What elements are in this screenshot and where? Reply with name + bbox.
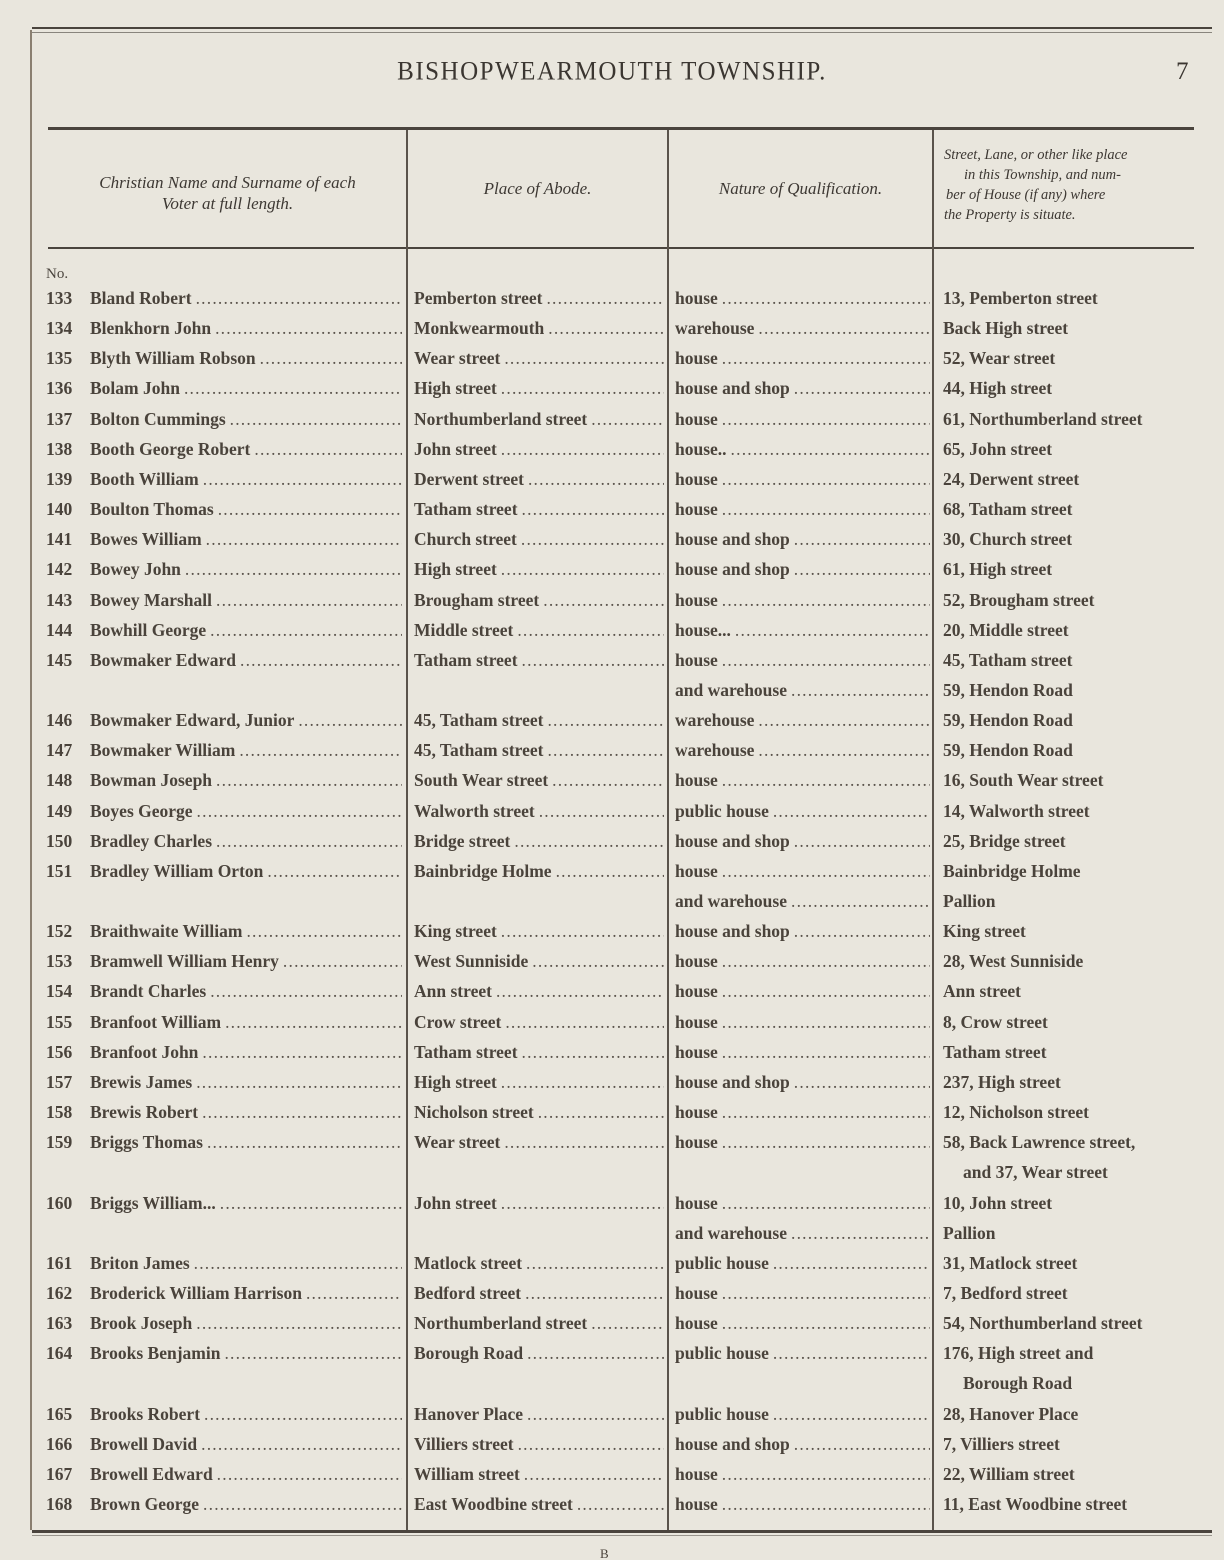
voter-number: 134 <box>46 318 90 339</box>
voter-name-cell: 145Bowmaker Edward <box>46 650 402 671</box>
voter-name: Blyth William Robson <box>90 348 256 369</box>
voter-number: 163 <box>46 1313 90 1334</box>
abode-cell: West Sunniside <box>414 951 664 972</box>
nature-of-qualification: house... <box>675 620 731 641</box>
voter-row: 164Brooks BenjaminBorough Roadpublic hou… <box>0 1343 1224 1373</box>
qualification-cell: house and shop <box>675 378 930 399</box>
property-street-cell: 20, Middle street <box>943 620 1203 641</box>
place-of-abode: South Wear street <box>414 770 548 791</box>
nature-of-qualification: house <box>675 1193 718 1214</box>
leader-dots <box>216 831 402 852</box>
leader-dots <box>501 1193 664 1214</box>
place-of-abode: Brougham street <box>414 590 539 611</box>
leader-dots <box>522 499 664 520</box>
header-name: Christian Name and Surname of each Voter… <box>50 172 405 214</box>
abode-cell: Nicholson street <box>414 1102 664 1123</box>
header-qualification: Nature of Qualification. <box>669 178 932 199</box>
leader-dots <box>298 710 402 731</box>
voter-name-cell: 159Briggs Thomas <box>46 1132 402 1153</box>
voter-name-cell: 142Bowey John <box>46 559 402 580</box>
place-of-abode: King street <box>414 921 497 942</box>
leader-dots <box>215 318 402 339</box>
header-street-line-1: Street, Lane, or other like place <box>944 145 1214 165</box>
voter-number: 136 <box>46 378 90 399</box>
leader-dots <box>722 1102 930 1123</box>
nature-of-qualification: house and shop <box>675 1072 790 1093</box>
leader-dots <box>504 348 664 369</box>
property-street-cell: Tatham street <box>943 1042 1203 1063</box>
property-street: 20, Middle street <box>943 620 1069 641</box>
abode-cell: Derwent street <box>414 469 664 490</box>
nature-of-qualification: public house <box>675 1343 769 1364</box>
voter-name: Bolton Cummings <box>90 409 226 430</box>
property-street: Pallion <box>943 891 996 912</box>
voter-name-cell: 147Bowmaker William <box>46 740 402 761</box>
leader-dots <box>577 1494 664 1515</box>
voter-name-cell: 165Brooks Robert <box>46 1404 402 1425</box>
leader-dots <box>794 921 930 942</box>
property-street: 59, Hendon Road <box>943 710 1073 731</box>
leader-dots <box>230 409 402 430</box>
abode-cell: South Wear street <box>414 770 664 791</box>
property-street-cell: Pallion <box>943 1223 1203 1244</box>
place-of-abode: High street <box>414 378 497 399</box>
leader-dots <box>194 1253 402 1274</box>
property-street: 28, Hanover Place <box>943 1404 1078 1425</box>
leader-dots <box>543 590 664 611</box>
leader-dots <box>722 951 930 972</box>
qualification-cell: house <box>675 469 930 490</box>
leader-dots <box>522 650 664 671</box>
place-of-abode: Ann street <box>414 981 492 1002</box>
property-street-cell: 176, High street and <box>943 1343 1203 1364</box>
leader-dots <box>202 1042 402 1063</box>
property-street-cell: 59, Hendon Road <box>943 680 1203 701</box>
abode-cell: King street <box>414 921 664 942</box>
nature-of-qualification: house <box>675 1042 718 1063</box>
abode-cell: Ann street <box>414 981 664 1002</box>
leader-dots <box>722 1012 930 1033</box>
voter-number: 164 <box>46 1343 90 1364</box>
leader-dots <box>791 1223 930 1244</box>
header-top-rule <box>48 127 1194 130</box>
voter-name: Bland Robert <box>90 288 192 309</box>
leader-dots <box>201 1434 402 1455</box>
voter-number: 154 <box>46 981 90 1002</box>
leader-dots <box>504 1132 664 1153</box>
nature-of-qualification: house and shop <box>675 921 790 942</box>
voter-row: 162Broderick William HarrisonBedford str… <box>0 1283 1224 1313</box>
register-page: BISHOPWEARMOUTH TOWNSHIP. 7 Christian Na… <box>0 0 1224 1560</box>
voter-number: 148 <box>46 770 90 791</box>
property-street: 31, Matlock street <box>943 1253 1077 1274</box>
property-street-cell: 14, Walworth street <box>943 801 1203 822</box>
abode-cell: 45, Tatham street <box>414 740 664 761</box>
abode-cell: Brougham street <box>414 590 664 611</box>
leader-dots <box>791 891 930 912</box>
nature-of-qualification: house <box>675 348 718 369</box>
leader-dots <box>758 740 930 761</box>
qualification-cell: house and shop <box>675 1434 930 1455</box>
property-street: 13, Pemberton street <box>943 288 1098 309</box>
leader-dots <box>528 469 664 490</box>
voter-number: 167 <box>46 1464 90 1485</box>
property-street: 52, Wear street <box>943 348 1055 369</box>
voter-number: 135 <box>46 348 90 369</box>
qualification-cell: house.. <box>675 439 930 460</box>
voter-row: 140Boulton ThomasTatham streethouse68, T… <box>0 499 1224 529</box>
property-street-cell: 8, Crow street <box>943 1012 1203 1033</box>
leader-dots <box>216 590 402 611</box>
place-of-abode: West Sunniside <box>414 951 528 972</box>
nature-of-qualification: public house <box>675 1253 769 1274</box>
place-of-abode: 45, Tatham street <box>414 740 543 761</box>
page-title: BISHOPWEARMOUTH TOWNSHIP. <box>0 57 1224 86</box>
voter-name: Booth William <box>90 469 199 490</box>
voter-number: 160 <box>46 1193 90 1214</box>
property-street: Pallion <box>943 1223 996 1244</box>
voter-row: 152Braithwaite WilliamKing streethouse a… <box>0 921 1224 951</box>
property-street-cell: 7, Bedford street <box>943 1283 1203 1304</box>
leader-dots <box>225 1012 402 1033</box>
leader-dots <box>239 740 402 761</box>
leader-dots <box>202 1102 402 1123</box>
leader-dots <box>216 770 402 791</box>
nature-of-qualification: house and shop <box>675 831 790 852</box>
place-of-abode: Matlock street <box>414 1253 522 1274</box>
voter-name: Boulton Thomas <box>90 499 214 520</box>
voter-number: 165 <box>46 1404 90 1425</box>
place-of-abode: Middle street <box>414 620 513 641</box>
leader-dots <box>735 620 930 641</box>
leader-dots <box>210 981 402 1002</box>
qualification-cell: house <box>675 861 930 882</box>
abode-cell: Villiers street <box>414 1434 664 1455</box>
leader-dots <box>501 378 664 399</box>
property-street: 22, William street <box>943 1464 1075 1485</box>
place-of-abode: East Woodbine street <box>414 1494 573 1515</box>
qualification-cell: house and shop <box>675 831 930 852</box>
abode-cell: Tatham street <box>414 1042 664 1063</box>
leader-dots <box>204 1404 402 1425</box>
voter-row: 133Bland RobertPemberton streethouse13, … <box>0 288 1224 318</box>
property-street-cell: Pallion <box>943 891 1203 912</box>
voter-name-cell: 160Briggs William... <box>46 1193 402 1214</box>
signature-mark: B <box>600 1546 609 1560</box>
abode-cell: John street <box>414 1193 664 1214</box>
leader-dots <box>539 801 664 822</box>
leader-dots <box>794 559 930 580</box>
abode-cell: Tatham street <box>414 499 664 520</box>
property-street-cell: 52, Brougham street <box>943 590 1203 611</box>
leader-dots <box>203 1494 402 1515</box>
nature-of-qualification: house <box>675 1313 718 1334</box>
top-rule <box>32 27 1212 29</box>
voter-name: Bramwell William Henry <box>90 951 279 972</box>
abode-cell: John street <box>414 439 664 460</box>
property-street-cell: 11, East Woodbine street <box>943 1494 1203 1515</box>
nature-of-qualification: house <box>675 1132 718 1153</box>
nature-of-qualification: and warehouse <box>675 891 787 912</box>
voter-name: Brewis James <box>90 1072 192 1093</box>
qualification-cell: house <box>675 1042 930 1063</box>
voter-name: Booth George Robert <box>90 439 250 460</box>
voter-number: 168 <box>46 1494 90 1515</box>
property-street-cell: 61, High street <box>943 559 1203 580</box>
voter-name-cell: 153Bramwell William Henry <box>46 951 402 972</box>
voter-name: Brooks Robert <box>90 1404 200 1425</box>
voter-row: 145Bowmaker EdwardTatham streethouse45, … <box>0 650 1224 680</box>
property-street-cell: 22, William street <box>943 1464 1203 1485</box>
leader-dots <box>758 710 930 731</box>
voter-row: 166Browell DavidVilliers streethouse and… <box>0 1434 1224 1464</box>
voter-row-continuation: Borough Road <box>0 1373 1224 1403</box>
qualification-cell: house and shop <box>675 1072 930 1093</box>
leader-dots <box>283 951 402 972</box>
voter-name: Briggs Thomas <box>90 1132 203 1153</box>
page-number: 7 <box>1176 58 1189 86</box>
number-column-label: No. <box>46 266 68 283</box>
voter-number: 147 <box>46 740 90 761</box>
voter-row: 135Blyth William RobsonWear streethouse5… <box>0 348 1224 378</box>
leader-dots <box>791 680 930 701</box>
property-street-cell: 25, Bridge street <box>943 831 1203 852</box>
leader-dots <box>722 409 930 430</box>
voter-row-continuation: and warehousePallion <box>0 1223 1224 1253</box>
property-street: and 37, Wear street <box>963 1162 1108 1183</box>
voter-name: Bowey John <box>90 559 181 580</box>
leader-dots <box>521 529 664 550</box>
property-street: 65, John street <box>943 439 1052 460</box>
abode-cell: Bainbridge Holme <box>414 861 664 882</box>
nature-of-qualification: house <box>675 981 718 1002</box>
leader-dots <box>722 981 930 1002</box>
voter-number: 156 <box>46 1042 90 1063</box>
place-of-abode: Tatham street <box>414 650 518 671</box>
place-of-abode: John street <box>414 1193 497 1214</box>
leader-dots <box>722 1193 930 1214</box>
property-street-cell: Ann street <box>943 981 1203 1002</box>
nature-of-qualification: house and shop <box>675 1434 790 1455</box>
place-of-abode: Pemberton street <box>414 288 542 309</box>
leader-dots <box>532 951 664 972</box>
voter-number: 150 <box>46 831 90 852</box>
voter-name: Brook Joseph <box>90 1313 192 1334</box>
voter-row: 141Bowes WilliamChurch streethouse and s… <box>0 529 1224 559</box>
nature-of-qualification: house and shop <box>675 378 790 399</box>
leader-dots <box>722 1042 930 1063</box>
voter-row: 147Bowmaker William45, Tatham streetware… <box>0 740 1224 770</box>
voter-name: Blenkhorn John <box>90 318 211 339</box>
property-street-cell: 30, Church street <box>943 529 1203 550</box>
voter-name: Bowmaker Edward <box>90 650 236 671</box>
place-of-abode: Wear street <box>414 1132 500 1153</box>
place-of-abode: Tatham street <box>414 499 518 520</box>
voter-name-cell: 135Blyth William Robson <box>46 348 402 369</box>
abode-cell: Crow street <box>414 1012 664 1033</box>
voter-row: 148Bowman JosephSouth Wear streethouse16… <box>0 770 1224 800</box>
voter-name-cell: 168Brown George <box>46 1494 402 1515</box>
property-street: 7, Villiers street <box>943 1434 1060 1455</box>
voter-name: Brewis Robert <box>90 1102 198 1123</box>
leader-dots <box>306 1283 402 1304</box>
header-street-line-3: ber of House (if any) where <box>944 185 1214 205</box>
leader-dots <box>196 1072 402 1093</box>
voter-number: 155 <box>46 1012 90 1033</box>
voter-row: 136Bolam JohnHigh streethouse and shop44… <box>0 378 1224 408</box>
leader-dots <box>591 1313 664 1334</box>
leader-dots <box>731 439 930 460</box>
property-street: 12, Nicholson street <box>943 1102 1089 1123</box>
leader-dots <box>722 288 930 309</box>
voter-row: 150Bradley CharlesBridge streethouse and… <box>0 831 1224 861</box>
voter-name-cell: 151Bradley William Orton <box>46 861 402 882</box>
place-of-abode: John street <box>414 439 497 460</box>
qualification-cell: and warehouse <box>675 680 930 701</box>
nature-of-qualification: house <box>675 861 718 882</box>
leader-dots <box>185 559 402 580</box>
leader-dots <box>224 1343 402 1364</box>
property-street: Ann street <box>943 981 1021 1002</box>
nature-of-qualification: house <box>675 288 718 309</box>
place-of-abode: Wear street <box>414 348 500 369</box>
voter-name: Braithwaite William <box>90 921 242 942</box>
nature-of-qualification: public house <box>675 801 769 822</box>
property-street-cell: 28, West Sunniside <box>943 951 1203 972</box>
property-street: 54, Northumberland street <box>943 1313 1142 1334</box>
property-street: 45, Tatham street <box>943 650 1072 671</box>
voter-name: Boyes George <box>90 801 193 822</box>
header-street-line-2: in this Township, and num- <box>944 165 1214 185</box>
leader-dots <box>547 710 664 731</box>
voter-name-cell: 144Bowhill George <box>46 620 402 641</box>
leader-dots <box>773 801 930 822</box>
leader-dots <box>794 529 930 550</box>
leader-dots <box>773 1343 930 1364</box>
voter-row: 163Brook JosephNorthumberland streethous… <box>0 1313 1224 1343</box>
voter-number: 144 <box>46 620 90 641</box>
voter-name-cell: 154Brandt Charles <box>46 981 402 1002</box>
leader-dots <box>246 921 402 942</box>
property-street: 44, High street <box>943 378 1052 399</box>
property-street: 28, West Sunniside <box>943 951 1083 972</box>
property-street: 11, East Woodbine street <box>943 1494 1127 1515</box>
voter-number: 138 <box>46 439 90 460</box>
leader-dots <box>505 1012 664 1033</box>
leader-dots <box>501 1072 664 1093</box>
header-bottom-rule <box>48 247 1194 249</box>
abode-cell: Borough Road <box>414 1343 664 1364</box>
property-street: 68, Tatham street <box>943 499 1072 520</box>
place-of-abode: Monkwearmouth <box>414 318 544 339</box>
leader-dots <box>517 620 664 641</box>
property-street: 8, Crow street <box>943 1012 1048 1033</box>
voter-name: Bowes William <box>90 529 202 550</box>
leader-dots <box>501 559 664 580</box>
voter-number: 137 <box>46 409 90 430</box>
property-street-cell: 24, Derwent street <box>943 469 1203 490</box>
qualification-cell: house <box>675 499 930 520</box>
qualification-cell: house <box>675 1313 930 1334</box>
nature-of-qualification: house <box>675 590 718 611</box>
voter-name-cell: 150Bradley Charles <box>46 831 402 852</box>
qualification-cell: public house <box>675 1404 930 1425</box>
voter-number: 149 <box>46 801 90 822</box>
voter-row: 149Boyes GeorgeWalworth streetpublic hou… <box>0 801 1224 831</box>
leader-dots <box>794 378 930 399</box>
bottom-rule-thin <box>32 1535 1212 1536</box>
abode-cell: Bridge street <box>414 831 664 852</box>
abode-cell: Matlock street <box>414 1253 664 1274</box>
voter-name-cell: 138Booth George Robert <box>46 439 402 460</box>
leader-dots <box>548 318 664 339</box>
nature-of-qualification: house <box>675 469 718 490</box>
leader-dots <box>556 861 664 882</box>
place-of-abode: Crow street <box>414 1012 501 1033</box>
property-street-cell: 10, John street <box>943 1193 1203 1214</box>
leader-dots <box>514 831 664 852</box>
nature-of-qualification: house <box>675 770 718 791</box>
qualification-cell: house <box>675 650 930 671</box>
leader-dots <box>207 1132 402 1153</box>
qualification-cell: house and shop <box>675 921 930 942</box>
property-street-cell: 52, Wear street <box>943 348 1203 369</box>
place-of-abode: Borough Road <box>414 1343 523 1364</box>
voter-name: Browell David <box>90 1434 197 1455</box>
place-of-abode: Derwent street <box>414 469 524 490</box>
voter-row: 160Briggs William...John streethouse10, … <box>0 1193 1224 1223</box>
property-street: 16, South Wear street <box>943 770 1103 791</box>
abode-cell: Northumberland street <box>414 409 664 430</box>
voter-row: 153Bramwell William HenryWest Sunnisideh… <box>0 951 1224 981</box>
property-street: 10, John street <box>943 1193 1052 1214</box>
property-street-cell: King street <box>943 921 1203 942</box>
leader-dots <box>240 650 402 671</box>
voter-number: 133 <box>46 288 90 309</box>
abode-cell: High street <box>414 559 664 580</box>
voter-row: 134Blenkhorn JohnMonkwearmouthwarehouseB… <box>0 318 1224 348</box>
property-street-cell: Borough Road <box>943 1373 1223 1394</box>
qualification-cell: and warehouse <box>675 1223 930 1244</box>
place-of-abode: Tatham street <box>414 1042 518 1063</box>
place-of-abode: Northumberland street <box>414 409 587 430</box>
property-street-cell: 237, High street <box>943 1072 1203 1093</box>
leader-dots <box>722 861 930 882</box>
place-of-abode: Nicholson street <box>414 1102 534 1123</box>
qualification-cell: house <box>675 590 930 611</box>
leader-dots <box>267 861 402 882</box>
header-name-line-1: Christian Name and Surname of each <box>50 172 405 193</box>
qualification-cell: house <box>675 1464 930 1485</box>
leader-dots <box>260 348 402 369</box>
place-of-abode: Church street <box>414 529 517 550</box>
property-street-cell: 61, Northumberland street <box>943 409 1203 430</box>
voter-name-cell: 158Brewis Robert <box>46 1102 402 1123</box>
property-street: 61, Northumberland street <box>943 409 1142 430</box>
voter-name: Bowmaker William <box>90 740 235 761</box>
voter-row: 142Bowey JohnHigh streethouse and shop61… <box>0 559 1224 589</box>
voter-name-cell: 155Branfoot William <box>46 1012 402 1033</box>
property-street: 24, Derwent street <box>943 469 1079 490</box>
nature-of-qualification: house <box>675 650 718 671</box>
property-street-cell: 54, Northumberland street <box>943 1313 1203 1334</box>
leader-dots <box>524 1464 664 1485</box>
property-street-cell: 59, Hendon Road <box>943 740 1203 761</box>
leader-dots <box>527 1404 664 1425</box>
qualification-cell: house <box>675 1494 930 1515</box>
voter-name: Bowman Joseph <box>90 770 212 791</box>
voter-name: Briggs William... <box>90 1193 216 1214</box>
